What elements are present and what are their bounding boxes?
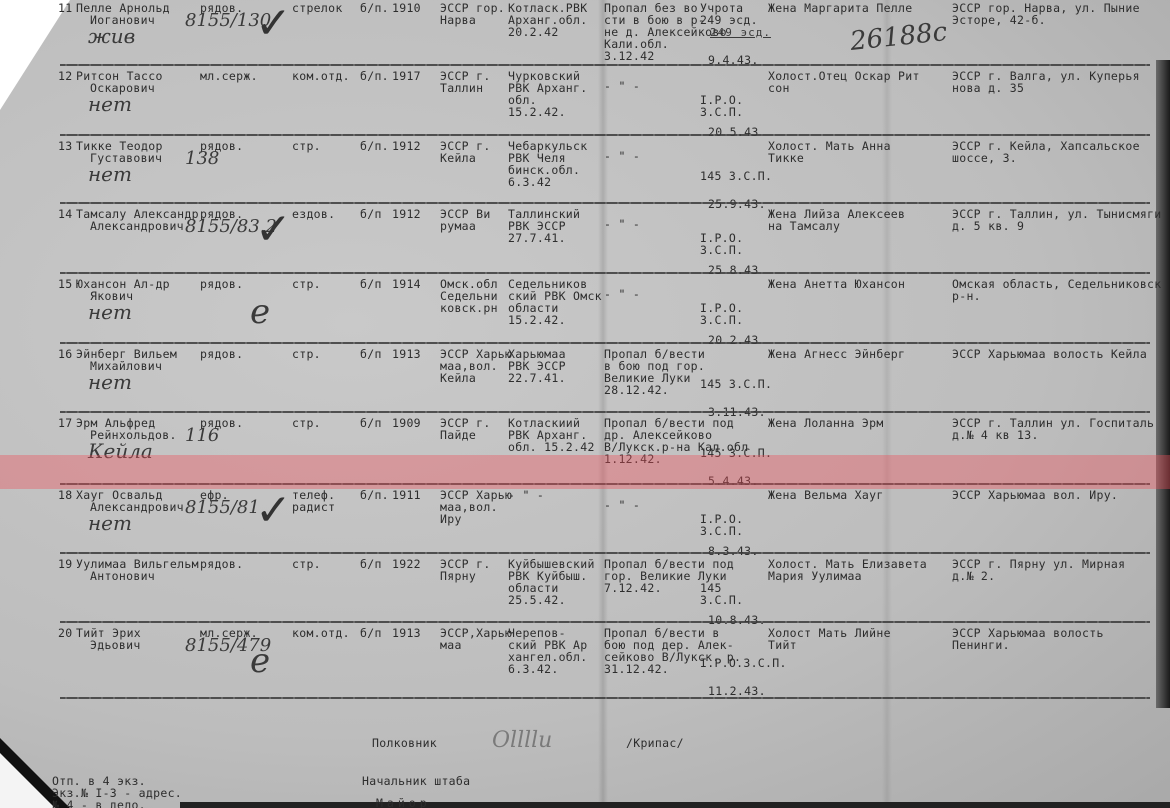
birth-year: 1914	[392, 278, 421, 290]
drafted-by: 15.2.42.	[508, 314, 566, 326]
signature-title-1: Полковник	[372, 737, 437, 749]
next-of-kin: Жена Лоланна Эрм	[768, 417, 884, 429]
row-number: 12	[58, 70, 72, 82]
next-of-kin: сон	[768, 82, 790, 94]
handwritten-note: Кейла	[88, 439, 153, 463]
birthplace: Кейла	[440, 372, 476, 384]
row-number: 11	[58, 2, 72, 14]
order-reference: 3.С.П.	[700, 106, 743, 118]
row-divider	[60, 342, 1150, 344]
fold-crease	[882, 0, 892, 808]
row-number: 17	[58, 417, 72, 429]
birthplace: Пайде	[440, 429, 476, 441]
birthplace: ковск.рн	[440, 302, 498, 314]
birth-year: 1911	[392, 489, 421, 501]
page-edge-shadow	[180, 802, 1170, 808]
handwritten-note: нет	[88, 300, 132, 324]
order-reference: 25.9.43.	[708, 198, 766, 210]
handwritten-mark: e	[250, 292, 270, 332]
position: радист	[292, 501, 335, 513]
fold-crease	[598, 0, 608, 808]
fate: 7.12.42.	[604, 582, 662, 594]
rank: рядов.	[200, 558, 243, 570]
row-divider	[60, 64, 1150, 66]
fate: - " -	[604, 80, 640, 92]
birthplace: Кейла	[440, 152, 476, 164]
party-status: б/п	[360, 558, 382, 570]
party-status: б/п	[360, 417, 382, 429]
page-edge-shadow	[1156, 60, 1170, 708]
check-mark: ✓	[255, 0, 292, 49]
home-address: ЭССР Харьюмаа волость Кейла	[952, 348, 1147, 360]
party-status: б/п	[360, 627, 382, 639]
order-reference: 11.2.43.	[708, 685, 766, 697]
torn-corner	[0, 753, 55, 808]
party-status: б/п.	[360, 2, 389, 14]
check-mark: ✓	[255, 204, 292, 255]
row-number: 14	[58, 208, 72, 220]
birth-year: 1909	[392, 417, 421, 429]
birth-year: 1922	[392, 558, 421, 570]
position: ком.отд.	[292, 70, 350, 82]
row-number: 15	[58, 278, 72, 290]
next-of-kin: на Тамсалу	[768, 220, 840, 232]
next-of-kin: Жена Агнесс Эйнберг	[768, 348, 905, 360]
birthplace: Нарва	[440, 14, 476, 26]
home-address: Омская область, Седельниковск	[952, 278, 1161, 290]
fate: 1.12.42.	[604, 453, 662, 465]
position: стр.	[292, 348, 321, 360]
birth-year: 1912	[392, 140, 421, 152]
fate: - " -	[604, 288, 640, 300]
birth-year: 1913	[392, 348, 421, 360]
party-status: б/п.	[360, 489, 389, 501]
position: стр.	[292, 417, 321, 429]
check-mark: ✓	[255, 485, 292, 536]
order-reference: 145 З.С.П.	[700, 170, 772, 182]
archive-number-handwritten: 26188c	[849, 17, 949, 57]
handwritten-note: жив	[88, 24, 135, 48]
order-reference: 20.5.43.	[708, 126, 766, 138]
birthplace: Таллин	[440, 82, 483, 94]
party-status: б/п.	[360, 140, 389, 152]
drafted-by: - " -	[508, 489, 544, 501]
handwritten-note: нет	[88, 511, 132, 535]
rank: мл.серж.	[200, 70, 258, 82]
fate: 3.12.42	[604, 50, 655, 62]
person-name: Александрович	[90, 220, 184, 232]
drafted-by: 6.3.42	[508, 176, 551, 188]
handwritten-note: нет	[88, 162, 132, 186]
order-reference: 5.4.43.	[708, 475, 759, 487]
order-reference: 145 З.С.П.	[700, 447, 772, 459]
rank: рядов.	[200, 278, 243, 290]
fate: 28.12.42.	[604, 384, 669, 396]
birth-year: 1913	[392, 627, 421, 639]
home-address: Эсторе, 42-б.	[952, 14, 1046, 26]
fate: - " -	[604, 218, 640, 230]
row-number: 18	[58, 489, 72, 501]
handwritten-code: 8155/81	[185, 497, 260, 518]
row-divider	[60, 411, 1150, 413]
birthplace: Пярну	[440, 570, 476, 582]
position: стр.	[292, 278, 321, 290]
order-reference: 10.8.43.	[708, 614, 766, 626]
handwritten-signature: Ollllu	[492, 728, 552, 753]
next-of-kin: Холост.Отец Оскар Рит	[768, 70, 920, 82]
handwritten-note: нет	[88, 370, 132, 394]
handwritten-note: нет	[88, 92, 132, 116]
order-reference: 3.С.П.	[700, 314, 743, 326]
row-number: 19	[58, 558, 72, 570]
order-reference: 25.8.43.	[708, 264, 766, 276]
party-status: б/п	[360, 278, 382, 290]
next-of-kin: Жена Вельма Хауг	[768, 489, 884, 501]
drafted-by: 22.7.41.	[508, 372, 566, 384]
row-divider	[60, 272, 1150, 274]
person-name: Антонович	[90, 570, 155, 582]
handwritten-code: 116	[185, 425, 219, 446]
birthplace: Иру	[440, 513, 462, 525]
order-reference: 3.С.П.	[700, 244, 743, 256]
drafted-by: 27.7.41.	[508, 232, 566, 244]
order-reference: 3.С.П.	[700, 525, 743, 537]
home-address: р-н.	[952, 290, 981, 302]
home-address: Пенинги.	[952, 639, 1010, 651]
order-reference: 145 З.С.П.	[700, 378, 772, 390]
party-status: б/п	[360, 348, 382, 360]
signature-title-2: Начальник штаба	[362, 775, 470, 787]
fate: 31.12.42.	[604, 663, 669, 675]
next-of-kin: Жена Маргарита Пелле	[768, 2, 912, 14]
order-reference: 8.3.43.	[708, 545, 759, 557]
birthplace: румаа	[440, 220, 476, 232]
row-number: 20	[58, 627, 72, 639]
row-divider	[60, 552, 1150, 554]
handwritten-mark: e	[250, 641, 270, 681]
row-divider	[60, 134, 1150, 136]
signature-rank-2: Майор	[376, 797, 431, 808]
order-reference: I.Р.О.З.С.П.	[700, 657, 787, 669]
order-reference: З.С.П.	[700, 594, 743, 606]
home-address: д.№ 4 кв 13.	[952, 429, 1039, 441]
birthplace: маа	[440, 639, 462, 651]
scanned-document-page: 11Пелле АрнольдИогановичрядов.стрелокб/п…	[0, 0, 1170, 808]
next-of-kin: Тийт	[768, 639, 797, 651]
order-reference: 249 эсд.	[700, 14, 758, 26]
row-divider	[60, 483, 1150, 485]
position: ездов.	[292, 208, 335, 220]
birth-year: 1910	[392, 2, 421, 14]
next-of-kin: Тикке	[768, 152, 804, 164]
row-divider	[60, 202, 1150, 204]
signature-name-1: /Крипас/	[626, 737, 684, 749]
birth-year: 1912	[392, 208, 421, 220]
position: стр.	[292, 140, 321, 152]
position: стрелок	[292, 2, 343, 14]
row-divider	[60, 621, 1150, 623]
home-address: д. 5 кв. 9	[952, 220, 1024, 232]
row-number: 16	[58, 348, 72, 360]
next-of-kin: Жена Анетта Юхансон	[768, 278, 905, 290]
drafted-by: 6.3.42.	[508, 663, 559, 675]
drafted-by: 15.2.42.	[508, 106, 566, 118]
position: ком.отд.	[292, 627, 350, 639]
home-address: д.№ 2.	[952, 570, 995, 582]
position: стр.	[292, 558, 321, 570]
handwritten-code: 138	[185, 148, 219, 169]
torn-corner	[0, 0, 70, 110]
stamp-unit: 249 эсд.	[710, 26, 771, 39]
birth-year: 1917	[392, 70, 421, 82]
drafted-by: 20.2.42	[508, 26, 559, 38]
fate: - " -	[604, 150, 640, 162]
rank: рядов.	[200, 348, 243, 360]
order-reference: 20.2.43.	[708, 334, 766, 346]
party-status: б/п	[360, 208, 382, 220]
row-number: 13	[58, 140, 72, 152]
footer-note: № 4 - в дело.	[52, 799, 146, 808]
drafted-by: 25.5.42.	[508, 594, 566, 606]
drafted-by: обл. 15.2.42	[508, 441, 595, 453]
next-of-kin: Мария Уулимаа	[768, 570, 862, 582]
table-bottom-rule	[60, 697, 1150, 699]
home-address: ЭССР Харьюмаа вол. Иру.	[952, 489, 1118, 501]
fate: - " -	[604, 499, 640, 511]
home-address: нова д. 35	[952, 82, 1024, 94]
home-address: шоссе, 3.	[952, 152, 1017, 164]
person-name: Эдьович	[90, 639, 141, 651]
party-status: б/п.	[360, 70, 389, 82]
